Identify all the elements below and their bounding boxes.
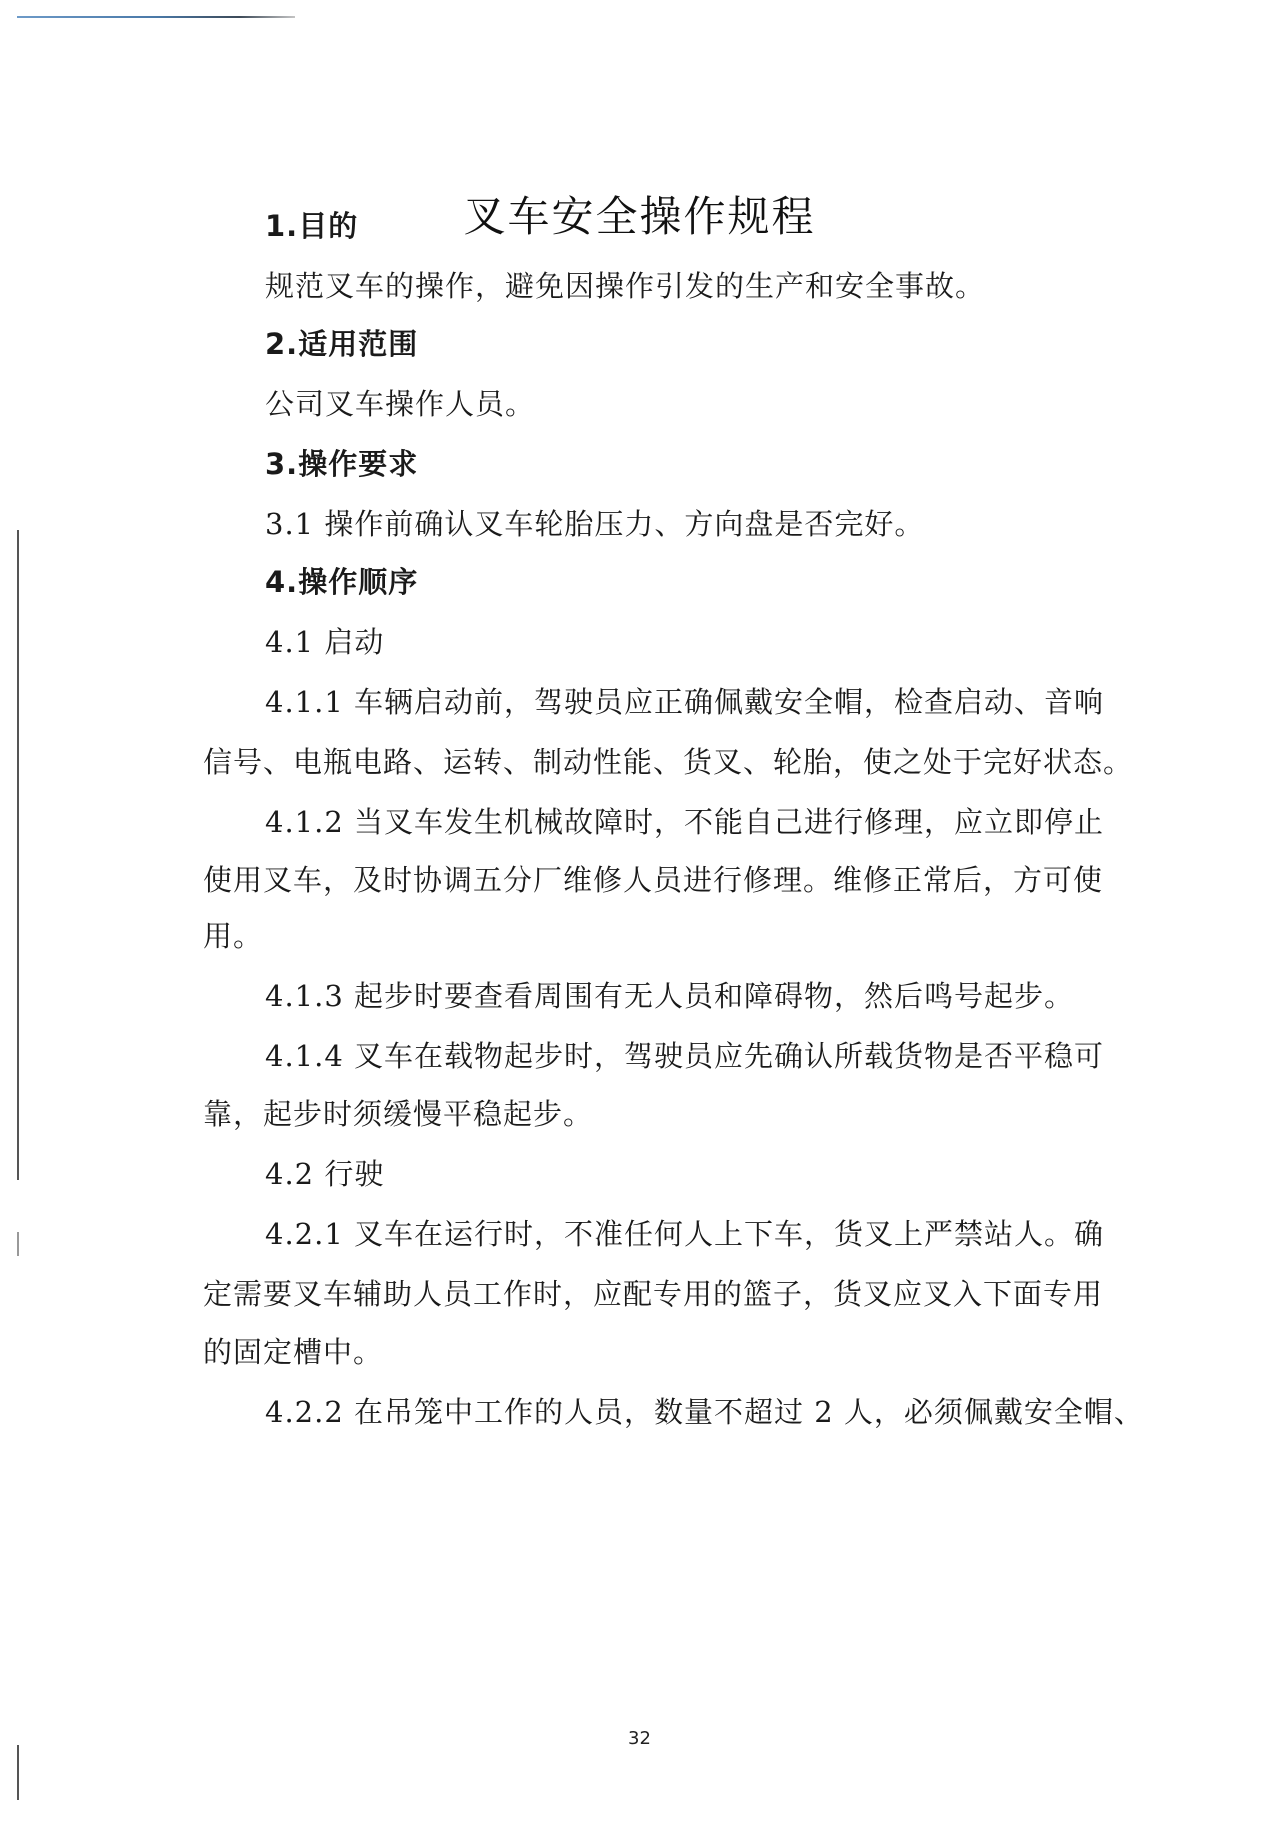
clause-4-1-2-line: 使用叉车，及时协调五分厂维修人员进行修理。维修正常后，方可使 xyxy=(203,866,1103,895)
clause-4-2-2-line: 4.2.2 在吊笼中工作的人员，数量不超过 2 人，必须佩戴安全帽、 xyxy=(265,1398,1144,1427)
clause-4-2-1-line: 的固定槽中。 xyxy=(203,1338,383,1367)
page-number: 32 xyxy=(0,1728,1279,1749)
clause-4-1-1-line: 信号、电瓶电路、运转、制动性能、货叉、轮胎，使之处于完好状态。 xyxy=(203,748,1133,777)
section-body-purpose: 规范叉车的操作，避免因操作引发的生产和安全事故。 xyxy=(265,272,985,301)
section-heading-sequence: 4.操作顺序 xyxy=(265,568,418,597)
clause-3-1: 3.1 操作前确认叉车轮胎压力、方向盘是否完好。 xyxy=(265,510,924,539)
scan-edge-left xyxy=(17,530,19,1180)
scan-edge-left xyxy=(17,1232,19,1256)
section-heading-scope: 2.适用范围 xyxy=(265,330,418,359)
scan-edge-top xyxy=(17,16,295,18)
clause-4-2-1-line: 4.2.1 叉车在运行时，不准任何人上下车，货叉上严禁站人。确 xyxy=(265,1220,1104,1249)
scan-edge-left xyxy=(17,1745,19,1800)
clause-4-1-4-line: 4.1.4 叉车在载物起步时，驾驶员应先确认所载货物是否平稳可 xyxy=(265,1042,1104,1071)
clause-4-1-3: 4.1.3 起步时要查看周围有无人员和障碍物，然后鸣号起步。 xyxy=(265,982,1074,1011)
clause-4-1-4-line: 靠，起步时须缓慢平稳起步。 xyxy=(203,1100,593,1129)
subsection-heading-startup: 4.1 启动 xyxy=(265,628,384,657)
section-heading-requirements: 3.操作要求 xyxy=(265,450,418,479)
clause-4-2-1-line: 定需要叉车辅助人员工作时，应配专用的篮子，货叉应叉入下面专用 xyxy=(203,1280,1103,1309)
section-heading-purpose: 1.目的 xyxy=(265,212,358,241)
section-body-scope: 公司叉车操作人员。 xyxy=(265,390,535,419)
clause-4-1-2-line: 4.1.2 当叉车发生机械故障时，不能自己进行修理，应立即停止 xyxy=(265,808,1104,837)
subsection-heading-driving: 4.2 行驶 xyxy=(265,1160,384,1189)
document-title: 叉车安全操作规程 xyxy=(0,196,1279,238)
clause-4-1-2-line: 用。 xyxy=(203,922,263,951)
clause-4-1-1-line: 4.1.1 车辆启动前，驾驶员应正确佩戴安全帽，检查启动、音响 xyxy=(265,688,1104,717)
